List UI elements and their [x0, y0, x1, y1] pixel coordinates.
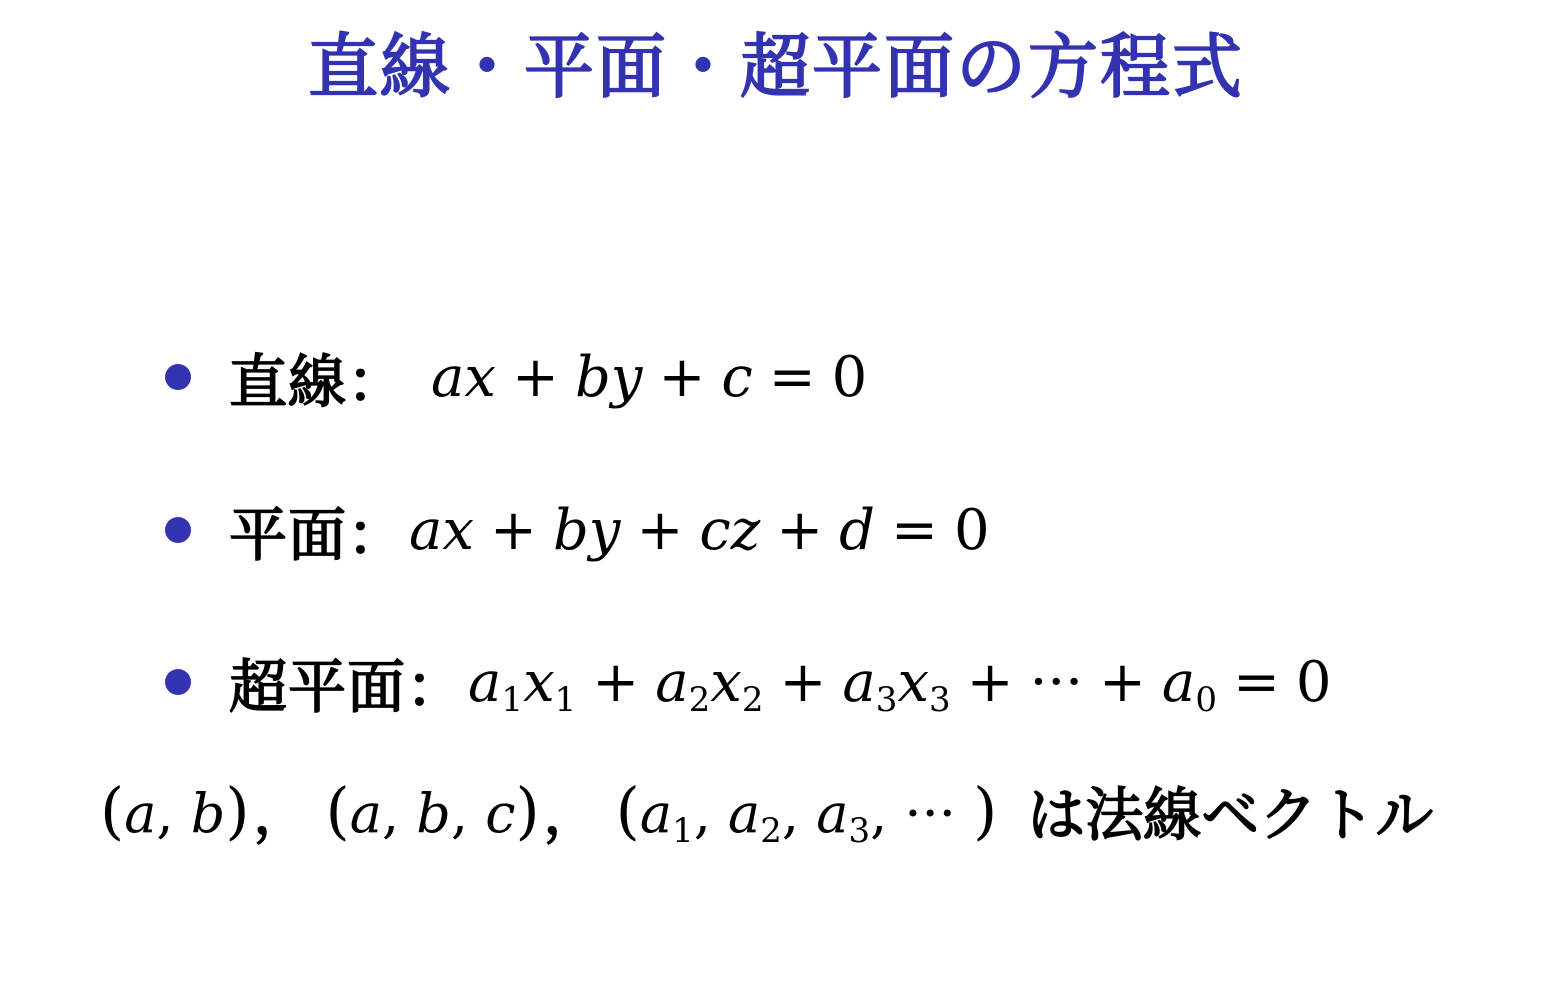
- math-operator: +: [496, 345, 575, 410]
- math-subscript: 3: [876, 680, 898, 720]
- math-number: 0: [954, 498, 990, 563]
- math-symbol: a: [640, 782, 672, 845]
- paren-right: ): [973, 774, 997, 847]
- math-symbol: b: [575, 345, 611, 410]
- math-subscript: 0: [1195, 680, 1217, 720]
- normal-vectors-line: (a, b) ， (a, b, c) ， (a1, a2, a3, ··· ) …: [100, 765, 1433, 855]
- slide-title: 直線・平面・超平面の方程式: [0, 22, 1552, 112]
- math-symbol: a: [468, 650, 501, 715]
- math-ellipsis: ···: [1030, 650, 1083, 715]
- math-subscript: 3: [848, 811, 870, 851]
- math-subscript: 2: [760, 811, 782, 851]
- math-symbol: z: [731, 498, 761, 563]
- math-operator: =: [1217, 650, 1296, 715]
- math-symbol: d: [839, 498, 875, 563]
- math-operator: +: [760, 498, 839, 563]
- normal-vector-label: は法線ベクトル: [1027, 768, 1433, 852]
- math-comma: ,: [782, 782, 799, 845]
- math-symbol: x: [523, 650, 555, 715]
- vector-3d: (a, b, c): [326, 774, 540, 847]
- math-operator: +: [474, 498, 553, 563]
- math-comma: ,: [156, 782, 173, 845]
- paren-right: ): [515, 774, 539, 847]
- math-operator: +: [951, 650, 1030, 715]
- math-subscript: 1: [501, 680, 523, 720]
- paren-right: ): [225, 774, 249, 847]
- math-operator: +: [1083, 650, 1162, 715]
- math-subscript: 3: [929, 680, 951, 720]
- paren-left: (: [100, 774, 124, 847]
- math-symbol: b: [191, 782, 226, 845]
- math-symbol: x: [710, 650, 742, 715]
- separator: ，: [544, 772, 598, 849]
- math-symbol: x: [464, 345, 496, 410]
- equation-line: ax+by+c=0: [431, 345, 867, 410]
- math-operator: +: [763, 650, 842, 715]
- vector-2d: (a, b): [100, 774, 250, 847]
- math-operator: +: [620, 498, 699, 563]
- bullet-plane: 平面 ： ax+by+cz+d=0: [165, 490, 990, 570]
- math-symbol: x: [442, 498, 474, 563]
- math-symbol: a: [842, 650, 875, 715]
- math-symbol: a: [431, 345, 464, 410]
- math-symbol: a: [655, 650, 688, 715]
- math-operator: =: [753, 345, 832, 410]
- math-symbol: c: [721, 345, 752, 410]
- math-symbol: b: [553, 498, 589, 563]
- math-number: 0: [832, 345, 868, 410]
- math-comma: ,: [451, 782, 468, 845]
- term-colon: ：: [347, 335, 405, 419]
- math-symbol: c: [699, 498, 730, 563]
- term-colon: ：: [406, 640, 464, 724]
- math-number: 0: [1296, 650, 1332, 715]
- math-symbol: b: [416, 782, 451, 845]
- math-symbol: a: [124, 782, 156, 845]
- math-comma: ,: [694, 782, 711, 845]
- paren-left: (: [616, 774, 640, 847]
- term-line: 直線: [229, 335, 347, 419]
- math-subscript: 2: [742, 680, 764, 720]
- equation-plane: ax+by+cz+d=0: [409, 498, 990, 563]
- math-ellipsis: ···: [904, 782, 956, 845]
- math-subscript: 1: [672, 811, 694, 851]
- math-comma: ,: [870, 782, 887, 845]
- math-symbol: a: [728, 782, 760, 845]
- bullet-hyperplane: 超平面 ： a1x1+a2x2+a3x3+···+a0=0: [165, 642, 1332, 722]
- paren-left: (: [326, 774, 350, 847]
- math-operator: =: [875, 498, 954, 563]
- math-symbol: y: [589, 498, 621, 563]
- math-symbol: a: [1162, 650, 1195, 715]
- math-operator: +: [576, 650, 655, 715]
- vector-nd: (a1, a2, a3, ··· ): [616, 774, 998, 847]
- math-subscript: 1: [555, 680, 577, 720]
- bullet-line: 直線 ： ax+by+c=0: [165, 337, 867, 417]
- math-symbol: x: [897, 650, 929, 715]
- math-symbol: c: [485, 782, 515, 845]
- math-comma: ,: [382, 782, 399, 845]
- math-symbol: a: [409, 498, 442, 563]
- math-operator: +: [642, 345, 721, 410]
- equation-hyperplane: a1x1+a2x2+a3x3+···+a0=0: [468, 650, 1331, 715]
- math-subscript: 2: [689, 680, 711, 720]
- bullet-dot-icon: [165, 669, 191, 695]
- term-colon: ：: [347, 488, 405, 572]
- math-symbol: a: [816, 782, 848, 845]
- math-symbol: a: [350, 782, 382, 845]
- separator: ，: [254, 772, 308, 849]
- term-plane: 平面: [229, 488, 347, 572]
- bullet-dot-icon: [165, 517, 191, 543]
- bullet-dot-icon: [165, 364, 191, 390]
- math-symbol: y: [611, 345, 643, 410]
- term-hyperplane: 超平面: [229, 640, 406, 724]
